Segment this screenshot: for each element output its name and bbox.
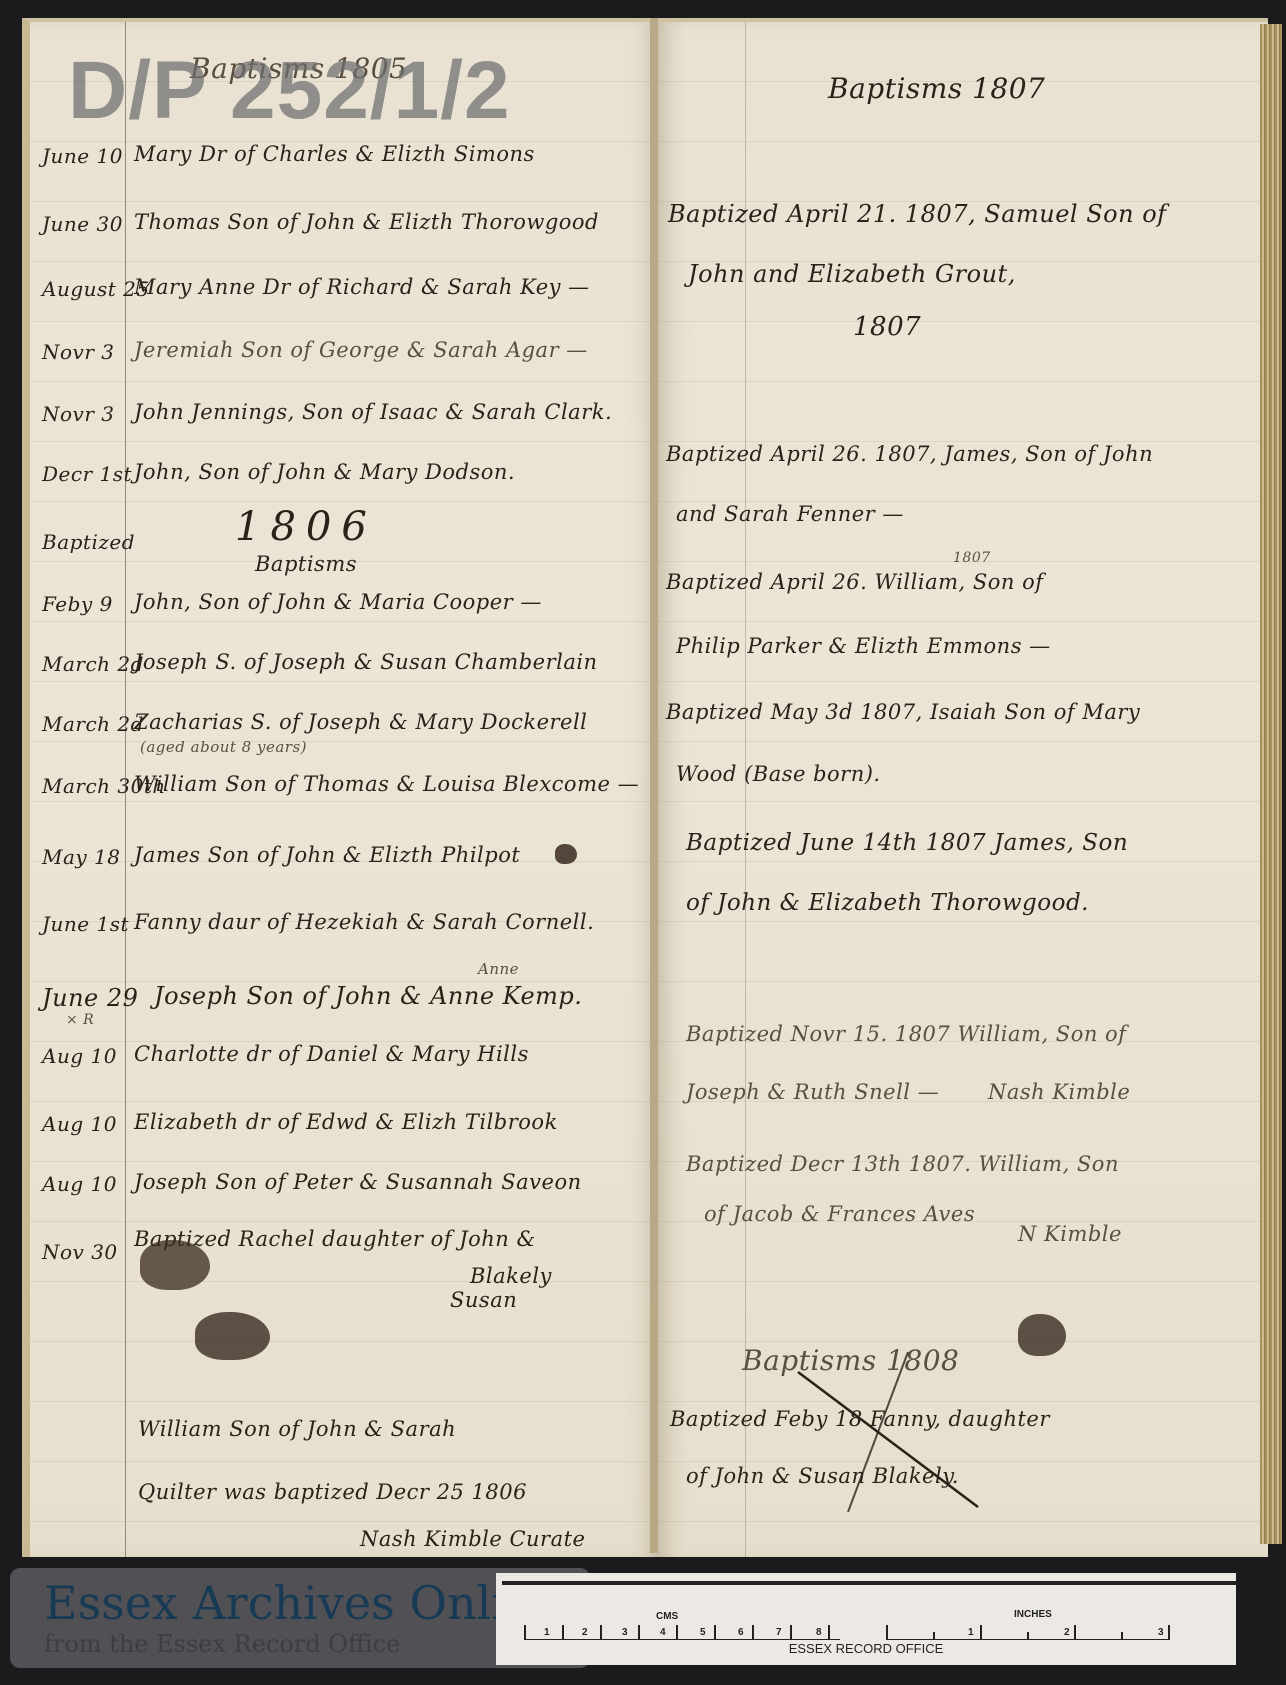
entry-line: Baptized Decr 13th 1807. William, Son [686, 1152, 1119, 1176]
entry-line: John and Elizabeth Grout, [688, 260, 1016, 288]
entry-text: Zacharias S. of Joseph & Mary Dockerell [134, 710, 587, 734]
entry-line: Baptized June 14th 1807 James, Son [686, 830, 1128, 856]
entry-text: Joseph Son of John & Anne Kemp. [154, 982, 582, 1010]
ink-stain [140, 1240, 210, 1290]
year-subtitle: Baptisms [255, 552, 357, 576]
entry-line: Baptized May 3d 1807, Isaiah Son of Mary [666, 700, 1140, 724]
ink-stain [1018, 1314, 1066, 1356]
entry-note: (aged about 8 years) [140, 738, 307, 756]
entry-line: Joseph & Ruth Snell — [686, 1080, 939, 1104]
left-page: Baptisms 1805 June 10 Mary Dr of Charles… [22, 18, 658, 1557]
correction-susan: Susan [450, 1288, 517, 1312]
scale-top-line [502, 1581, 1236, 1585]
entry-text: Fanny daur of Hezekiah & Sarah Cornell. [134, 910, 594, 934]
entry-continuation: Blakely [470, 1264, 552, 1288]
signature: N Kimble [1018, 1222, 1122, 1246]
entry-line: Baptized April 21. 1807, Samuel Son of [668, 200, 1167, 228]
entry-text: Mary Anne Dr of Richard & Sarah Key — [134, 275, 590, 299]
entry-line: of Jacob & Frances Aves [704, 1202, 975, 1226]
entry-text: Joseph S. of Joseph & Susan Chamberlain [134, 650, 598, 674]
entry-line: Wood (Base born). [676, 762, 881, 786]
entry-line: Baptized April 26. William, Son of [666, 570, 1044, 594]
entry-text: Thomas Son of John & Elizth Thorowgood [134, 210, 599, 234]
cms-ruler: 1 2 3 4 5 6 7 8 [524, 1625, 840, 1640]
entry-date: March 2d [42, 712, 144, 736]
entry-text: John, Son of John & Mary Dodson. [134, 460, 515, 484]
entry-date: Decr 1st [42, 462, 132, 486]
heading-1807: Baptisms 1807 [828, 72, 1045, 105]
cross-out-mark [778, 1342, 1018, 1512]
entry-text: Jeremiah Son of George & Sarah Agar — [134, 338, 588, 362]
reference-number: D/P 252/1/2 [68, 44, 511, 138]
book-gutter [650, 18, 658, 1553]
entry-date: Feby 9 [42, 592, 113, 616]
interlinear-year: 1807 [853, 312, 921, 342]
ruled-lines [658, 22, 1268, 1557]
entry-text: James Son of John & Elizth Philpot [134, 843, 520, 867]
banner-title: Essex Archives Online [44, 1576, 563, 1630]
entry-date: Aug 10 [42, 1172, 117, 1196]
entry-date: Aug 10 [42, 1044, 117, 1068]
section-label: Baptized [42, 530, 135, 554]
inches-ruler: 1 2 3 [886, 1625, 1170, 1640]
correction-anne: Anne [478, 960, 519, 978]
entry-text: John Jennings, Son of Isaac & Sarah Clar… [134, 400, 612, 424]
entry-date: Aug 10 [42, 1112, 117, 1136]
ink-stain [195, 1312, 270, 1360]
entry-date: Novr 3 [42, 402, 114, 426]
record-office-label: ESSEX RECORD OFFICE [496, 1641, 1236, 1656]
entry-line: Baptized April 26. 1807, James, Son of J… [666, 442, 1153, 466]
signature: Nash Kimble Curate [360, 1527, 585, 1551]
register-book: Baptisms 1805 June 10 Mary Dr of Charles… [22, 18, 1260, 1553]
measurement-scale: CMS 1 2 3 4 5 6 7 8 INCHES 1 2 3 ESSEX R… [496, 1573, 1236, 1665]
entry-line: and Sarah Fenner — [676, 502, 904, 526]
entry-date: June 30 [42, 212, 123, 236]
year-1806: 1806 [235, 504, 377, 550]
entry-text: Elizabeth dr of Edwd & Elizh Tilbrook [134, 1110, 558, 1134]
entry-date: March 2d [42, 652, 144, 676]
entry-date: June 1st [42, 912, 129, 936]
superscript-year: 1807 [953, 550, 991, 566]
entry-date: Nov 30 [42, 1240, 118, 1264]
late-entry-line1: William Son of John & Sarah [138, 1417, 456, 1441]
banner-subtitle: from the Essex Record Office [44, 1630, 400, 1658]
inches-label: INCHES [1014, 1609, 1052, 1620]
entry-date: May 18 [42, 845, 121, 869]
entry-line: of John & Elizabeth Thorowgood. [686, 890, 1089, 916]
entry-text: John, Son of John & Maria Cooper — [134, 590, 542, 614]
entry-line: Philip Parker & Elizth Emmons — [676, 634, 1051, 658]
entry-text: Mary Dr of Charles & Elizth Simons [134, 142, 535, 166]
cms-label: CMS [656, 1611, 678, 1622]
entry-date: June 10 [42, 144, 123, 168]
margin-mark: × R [66, 1012, 94, 1028]
signature: Nash Kimble [988, 1080, 1130, 1104]
entry-text: William Son of Thomas & Louisa Blexcome … [134, 772, 639, 796]
page-edges [1260, 24, 1282, 1544]
right-page: Baptisms 1807 Baptized April 21. 1807, S… [658, 18, 1268, 1557]
entry-text: Joseph Son of Peter & Susannah Saveon [134, 1170, 582, 1194]
entry-text: Charlotte dr of Daniel & Mary Hills [134, 1042, 529, 1066]
margin-line [745, 22, 746, 1557]
entry-date: Novr 3 [42, 340, 114, 364]
ink-blot [555, 844, 577, 864]
entry-line: Baptized Novr 15. 1807 William, Son of [686, 1022, 1126, 1046]
late-entry-line2: Quilter was baptized Decr 25 1806 [138, 1480, 527, 1504]
entry-date: June 29 [42, 984, 138, 1012]
